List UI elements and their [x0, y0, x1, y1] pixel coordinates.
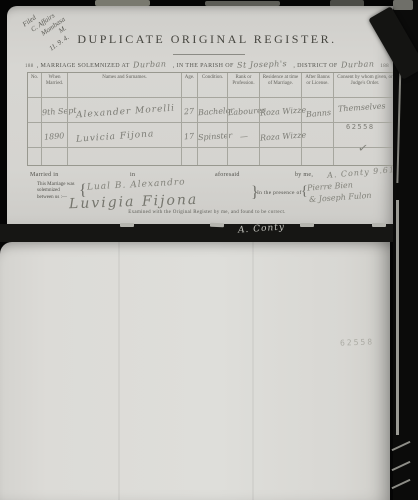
parish-label: , IN THE PARISH OF	[173, 63, 234, 69]
aforesaid-label: aforesaid	[215, 172, 240, 178]
officiant-signature: A. Conty 9.61	[327, 165, 396, 180]
cell-names-1: Alexander Morelli	[67, 97, 181, 122]
register-table: No. When Married. Names and Surnames. Ag…	[27, 72, 397, 166]
faint-number-stamp: 62558	[340, 337, 374, 347]
corner-annotation: Filed C. Affairs Mombasa M. 11. 9. 4.	[21, 0, 77, 57]
page-edge-highlight	[392, 479, 411, 489]
cell-names-2: Luvicia Fijona	[67, 122, 181, 147]
page-edge-highlight	[392, 441, 411, 451]
entry-residence-2: Roza Wizze	[260, 130, 307, 142]
witness-signature-1: Pierre Bien	[307, 180, 353, 192]
cell-age-2: 17	[181, 122, 197, 147]
page-crease	[118, 242, 120, 500]
cell-blank	[41, 147, 67, 165]
solemnized-label: , MARRIAGE SOLEMNIZED AT	[37, 63, 130, 69]
entry-when-2: 1890	[44, 131, 65, 141]
by-me-label: by me,	[295, 172, 313, 178]
cell-condition-2: Spinster	[197, 122, 227, 147]
year-prefix: 188	[25, 64, 34, 69]
page-edge-notch	[300, 223, 314, 227]
cell-when-1: 9th Sept	[41, 97, 67, 122]
examined-note: Examined with the Original Register by m…	[77, 210, 337, 215]
entry-residence-1: Roza Wizze	[260, 105, 307, 117]
page-crease	[252, 242, 254, 500]
cell-blank	[259, 147, 301, 165]
solemnized-line: 188 , MARRIAGE SOLEMNIZED AT Durban , IN…	[25, 60, 389, 69]
checkmark: ✓	[357, 140, 369, 155]
col-header-names: Names and Surnames.	[67, 73, 181, 97]
married-in-label: Married in	[30, 172, 59, 178]
page-edge-highlight	[396, 200, 399, 435]
cell-residence-2: Roza Wizze	[259, 122, 301, 147]
cell-no-2	[28, 122, 41, 147]
entry-names-2: Luvicia Fijona	[76, 129, 155, 144]
page-edge-notch	[372, 223, 386, 227]
page-gap-shadow	[0, 224, 418, 242]
cell-blank	[197, 147, 227, 165]
witness-signature-2: & Joseph Fulon	[309, 191, 372, 204]
cell-residence-1: Roza Wizze	[259, 97, 301, 122]
col-header-residence: Residence at time of Marriage.	[259, 73, 301, 97]
registration-number-stamp: 62558	[346, 123, 375, 131]
col-header-age: Age.	[181, 73, 197, 97]
cell-rank-2: —	[227, 122, 259, 147]
title-rule	[173, 54, 245, 55]
entry-names-1: Alexander Morelli	[76, 104, 176, 121]
cell-condition-1: Bachelor	[197, 97, 227, 122]
entry-rank-2: —	[239, 132, 248, 142]
cell-blank	[67, 147, 181, 165]
col-header-when-married: When Married.	[41, 73, 67, 97]
cell-blank	[181, 147, 197, 165]
cell-when-2: 1890	[41, 122, 67, 147]
groom-signature: Lual B. Alexandro	[87, 177, 186, 192]
in-label: in	[130, 172, 135, 178]
scanned-register-photo: Filed C. Affairs Mombasa M. 11. 9. 4. DU…	[0, 0, 418, 500]
cell-blank	[301, 147, 333, 165]
col-header-consent: Consent by whom given, or Judge's Order.	[333, 73, 396, 97]
cell-age-1: 27	[181, 97, 197, 122]
page-edge-notch	[120, 223, 134, 227]
place-entry: Durban	[132, 59, 166, 69]
cell-no-1	[28, 97, 41, 122]
cell-blank	[28, 147, 41, 165]
cell-blank	[227, 147, 259, 165]
page-edge-highlight	[392, 461, 411, 471]
col-header-rank: Rank or Profession.	[227, 73, 259, 97]
blank-page: 62558	[0, 242, 390, 500]
presence-label: In the presence of	[257, 190, 302, 196]
cell-banns-2	[301, 122, 333, 147]
entry-age-2: 17	[184, 132, 195, 142]
cell-rank-1: Labourer	[227, 97, 259, 122]
entry-age-1: 27	[184, 107, 195, 117]
year-suffix: 188	[380, 64, 389, 69]
parish-entry: St Joseph's	[237, 59, 287, 70]
col-header-banns: After Banns or License.	[301, 73, 333, 97]
col-header-no: No.	[28, 73, 41, 97]
col-header-condition: Condition.	[197, 73, 227, 97]
page-title: DUPLICATE ORIGINAL REGISTER.	[7, 32, 393, 47]
district-entry: Durban	[340, 59, 374, 69]
register-page: Filed C. Affairs Mombasa M. 11. 9. 4. DU…	[7, 6, 393, 224]
page-edge-notch	[210, 223, 224, 227]
page-edge-highlight	[393, 0, 413, 10]
district-label: , DISTRICT OF	[293, 63, 337, 69]
